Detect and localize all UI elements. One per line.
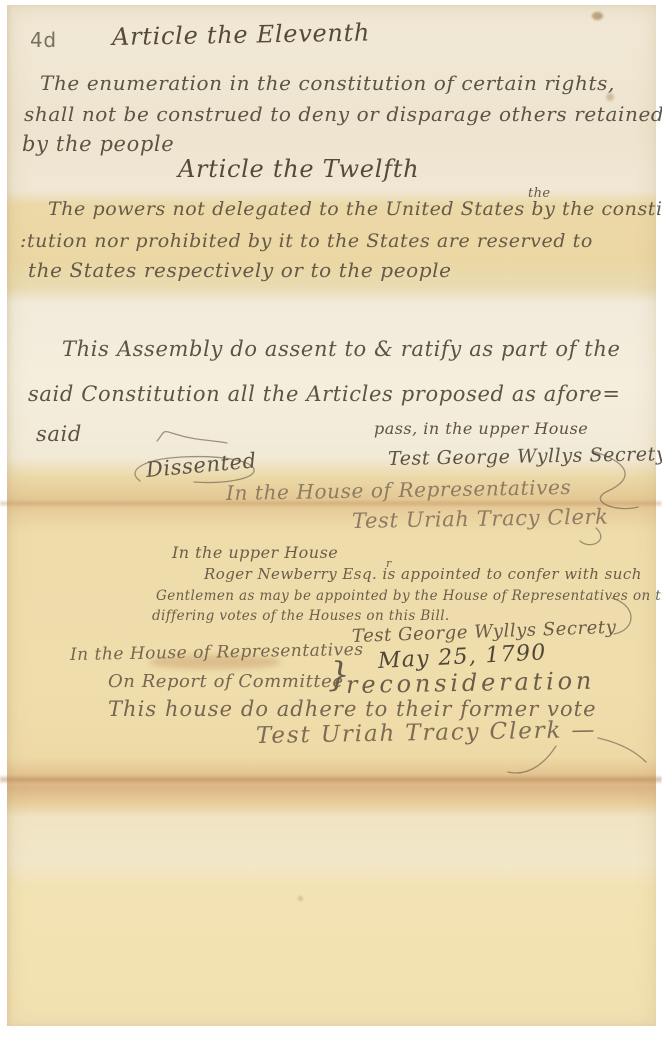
reconsideration-note: reconsideration: [346, 669, 596, 697]
secretary-attestation: Test George Wyllys Secrety: [388, 445, 662, 469]
assent-resolution-line: said Constitution all the Articles propo…: [28, 384, 621, 405]
committee-report-note: On Report of Committee: [108, 673, 344, 691]
conference-line: differing votes of the Houses on this Bi…: [152, 610, 450, 624]
upper-house-heading: In the upper House: [172, 545, 338, 561]
adherence-resolution: This house do adhere to their former vot…: [108, 699, 597, 720]
assent-resolution-line: said: [36, 424, 82, 445]
clerk-attestation: Test Uriah Tracy Clerk —: [256, 719, 597, 748]
article-eleventh-line: shall not be construed to deny or dispar…: [24, 104, 662, 124]
article-twelfth-line: The powers not delegated to the United S…: [48, 200, 662, 219]
article-eleventh-heading: Article the Eleventh: [112, 20, 371, 49]
inserted-superscript: the: [528, 187, 550, 200]
esq-superscript: r: [386, 558, 392, 569]
article-twelfth-heading: Article the Twelfth: [178, 157, 419, 181]
handwriting-layer: 4d Article the Eleventh The enumeration …: [0, 0, 662, 1037]
scanned-manuscript-page: 4d Article the Eleventh The enumeration …: [0, 0, 662, 1037]
article-eleventh-line: The enumeration in the constitution of c…: [40, 73, 615, 93]
house-pass-note: In the House of Representatives: [226, 477, 572, 503]
dissented-note: Dissented: [145, 450, 257, 481]
article-eleventh-line: by the people: [22, 134, 174, 155]
conference-line: Roger Newberry Esq. is appointed to conf…: [204, 567, 642, 582]
upper-house-pass-note: pass, in the upper House: [374, 421, 588, 437]
house-reconsideration-heading: In the House of Representatives: [70, 642, 364, 664]
clerk-attestation: Test Uriah Tracy Clerk: [352, 507, 609, 532]
article-twelfth-line: the States respectively or to the people: [28, 260, 452, 280]
article-twelfth-line: :tution nor prohibited by it to the Stat…: [20, 232, 593, 251]
marginal-note: 4d: [30, 30, 57, 50]
conference-line: Gentlemen as may be appointed by the Hou…: [156, 590, 662, 604]
assent-resolution-line: This Assembly do assent to & ratify as p…: [62, 339, 621, 360]
